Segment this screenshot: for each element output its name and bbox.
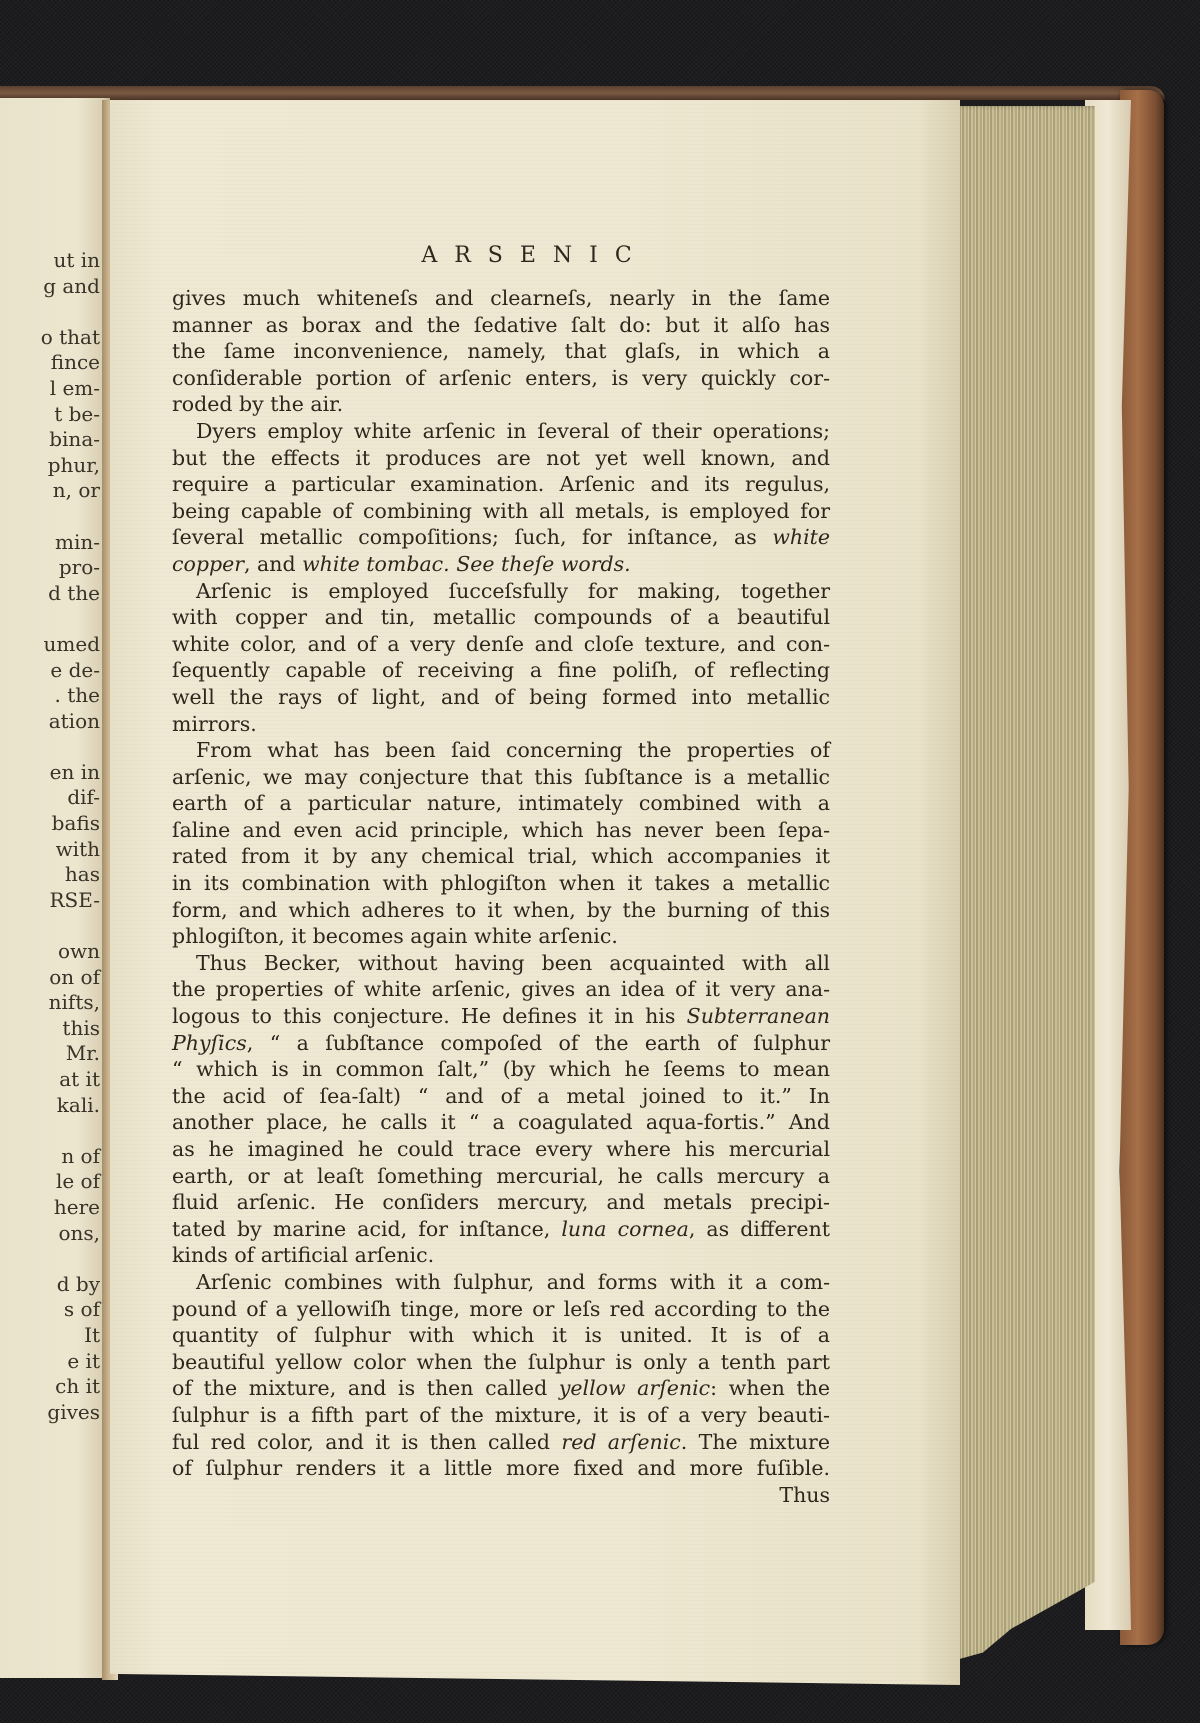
text-run: well the rays of light, and of being for…: [172, 685, 830, 709]
left-text-fragment: o that: [0, 325, 100, 351]
left-text-fragment: en in: [0, 760, 100, 786]
text-line: white color, and of a very denſe and clo…: [172, 631, 830, 658]
left-text-fragment: here: [0, 1195, 100, 1221]
text-run: with copper and tin, metallic compounds …: [172, 605, 830, 629]
text-run: Dyers employ white arſenic in ſeveral of…: [196, 419, 830, 443]
text-line: beautiful yellow color when the ſulphur …: [172, 1349, 830, 1376]
left-text-fragment: g and: [0, 274, 100, 300]
italic-term: Phyſics: [172, 1031, 247, 1055]
text-run: ſulphur is a fifth part of the mixture, …: [172, 1403, 830, 1427]
text-run: fluid arſenic. He conſiders mercury, and…: [172, 1190, 830, 1214]
text-line: From what has been ſaid concerning the p…: [172, 737, 830, 764]
left-text-fragment: umed: [0, 632, 100, 658]
text-line: as he imagined he could trace every wher…: [172, 1136, 830, 1163]
text-line: fluid arſenic. He conſiders mercury, and…: [172, 1189, 830, 1216]
text-line: tated by marine acid, for inſtance, luna…: [172, 1216, 830, 1243]
left-text-fragment: gives: [0, 1400, 100, 1426]
running-head: ARSENIC: [110, 243, 960, 268]
text-run: ſaline and even acid principle, which ha…: [172, 818, 830, 842]
text-line: the acid of ſea-ſalt) “ and of a metal j…: [172, 1083, 830, 1110]
text-run: “ which is in common ſalt,” (by which he…: [172, 1057, 830, 1081]
italic-term: Subterranean: [687, 1004, 830, 1028]
left-text-fragment: e de-: [0, 658, 100, 684]
text-line: earth of a particular nature, intimately…: [172, 790, 830, 817]
text-run: gives much whiteneſs and clearneſs, near…: [172, 286, 830, 310]
text-run: earth of a particular nature, intimately…: [172, 791, 830, 815]
text-run: . The mixture: [681, 1430, 830, 1454]
text-line: of ſulphur renders it a little more fixe…: [172, 1455, 830, 1482]
text-run: ſequently capable of receiving a fine po…: [172, 658, 830, 682]
left-text-fragment: . the: [0, 683, 100, 709]
italic-term: white: [772, 525, 830, 549]
text-run: , and: [244, 552, 302, 576]
text-line: quantity of ſulphur with which it is uni…: [172, 1322, 830, 1349]
text-run: : when the: [710, 1376, 830, 1400]
page-body-text: gives much whiteneſs and clearneſs, near…: [172, 285, 830, 1508]
left-text-fragment: min-: [0, 530, 100, 556]
text-run: Thus Becker, without having been acquain…: [196, 951, 830, 975]
text-run: phlogiſton, it becomes again white arſen…: [172, 924, 618, 948]
text-run: but the effects it produces are not yet …: [172, 446, 830, 470]
text-line: the ſame inconvenience, namely, that gla…: [172, 338, 830, 365]
left-text-fragment: ons,: [0, 1221, 100, 1247]
left-text-fragment: d by: [0, 1272, 100, 1298]
left-text-fragment: le of: [0, 1169, 100, 1195]
text-line: Dyers employ white arſenic in ſeveral of…: [172, 418, 830, 445]
text-line: kinds of artificial arſenic.: [172, 1242, 830, 1269]
left-text-fragment: pro-: [0, 555, 100, 581]
italic-term: copper: [172, 552, 244, 576]
text-run: of ſulphur renders it a little more fixe…: [172, 1456, 830, 1480]
text-line: arſenic, we may conjecture that this ſub…: [172, 764, 830, 791]
left-text-fragment: phur,: [0, 453, 100, 479]
text-line: with copper and tin, metallic compounds …: [172, 604, 830, 631]
text-run: kinds of artificial arſenic.: [172, 1243, 434, 1267]
text-line: manner as borax and the ſedative ſalt do…: [172, 312, 830, 339]
catchword: Thus: [172, 1482, 830, 1509]
text-run: white color, and of a very denſe and clo…: [172, 632, 830, 656]
text-run: earth, or at leaſt ſomething mercurial, …: [172, 1164, 830, 1188]
text-line: ſequently capable of receiving a fine po…: [172, 657, 830, 684]
left-page-text-fragments: ut ing ando thatfincel em-t be-bina-phur…: [0, 248, 100, 1425]
text-run: quantity of ſulphur with which it is uni…: [172, 1323, 830, 1347]
left-text-fragment: with: [0, 837, 100, 863]
left-text-fragment: l em-: [0, 376, 100, 402]
text-run: beautiful yellow color when the ſulphur …: [172, 1350, 830, 1374]
left-text-fragment: at it: [0, 1067, 100, 1093]
text-line: Phyſics, “ a ſubſtance compoſed of the e…: [172, 1030, 830, 1057]
left-text-fragment: d the: [0, 581, 100, 607]
text-line: but the effects it produces are not yet …: [172, 445, 830, 472]
text-run: of the mixture, and is then called: [172, 1376, 559, 1400]
text-run: manner as borax and the ſedative ſalt do…: [172, 313, 830, 337]
text-run: Arſenic combines with ſulphur, and forms…: [196, 1270, 830, 1294]
italic-term: yellow arſenic: [559, 1376, 710, 1400]
left-text-fragment: nifts,: [0, 990, 100, 1016]
text-run: being capable of combining with all meta…: [172, 499, 830, 523]
text-run: Arſenic is employed ſucceſsfully for mak…: [196, 579, 830, 603]
text-run: arſenic, we may conjecture that this ſub…: [172, 765, 830, 789]
text-run: , “ a ſubſtance compoſed of the earth of…: [247, 1031, 830, 1055]
text-line: ſaline and even acid principle, which ha…: [172, 817, 830, 844]
text-run: the acid of ſea-ſalt) “ and of a metal j…: [172, 1084, 830, 1108]
left-text-fragment: t be-: [0, 402, 100, 428]
left-text-fragment: this: [0, 1016, 100, 1042]
text-line: form, and which adheres to it when, by t…: [172, 897, 830, 924]
paragraph-gap: [0, 734, 100, 760]
left-text-fragment: fince: [0, 350, 100, 376]
paragraph-gap: [0, 299, 100, 325]
text-line: phlogiſton, it becomes again white arſen…: [172, 923, 830, 950]
left-text-fragment: RSE-: [0, 888, 100, 914]
text-line: in its combination with phlogiſton when …: [172, 870, 830, 897]
left-page: ut ing ando thatfincel em-t be-bina-phur…: [0, 98, 110, 1678]
text-run: form, and which adheres to it when, by t…: [172, 898, 830, 922]
text-run: roded by the air.: [172, 392, 343, 416]
left-text-fragment: dif-: [0, 785, 100, 811]
left-text-fragment: bafis: [0, 811, 100, 837]
left-text-fragment: bina-: [0, 427, 100, 453]
text-line: another place, he calls it “ a coagulate…: [172, 1109, 830, 1136]
text-line: pound of a yellowiſh tinge, more or leſs…: [172, 1296, 830, 1323]
text-line: of the mixture, and is then called yello…: [172, 1375, 830, 1402]
paragraph-gap: [0, 913, 100, 939]
left-text-fragment: n of: [0, 1144, 100, 1170]
text-run: the ſame inconvenience, namely, that gla…: [172, 339, 830, 363]
left-text-fragment: has: [0, 862, 100, 888]
book-cover-top-edge: [0, 86, 1165, 100]
text-line: conſiderable portion of arſenic enters, …: [172, 365, 830, 392]
left-text-fragment: ut in: [0, 248, 100, 274]
text-line: copper, and white tombac. See theſe word…: [172, 551, 830, 578]
text-line: well the rays of light, and of being for…: [172, 684, 830, 711]
left-text-fragment: kali.: [0, 1093, 100, 1119]
paragraph-gap: [0, 1118, 100, 1144]
text-run: ſeveral metallic compoſitions; ſuch, for…: [172, 525, 772, 549]
text-line: require a particular examination. Arſeni…: [172, 471, 830, 498]
text-line: rated from it by any chemical trial, whi…: [172, 843, 830, 870]
text-run: the properties of white arſenic, gives a…: [172, 977, 830, 1001]
paragraph-gap: [0, 606, 100, 632]
italic-term: luna cornea: [561, 1217, 688, 1241]
text-run: require a particular examination. Arſeni…: [172, 472, 830, 496]
text-line: the properties of white arſenic, gives a…: [172, 976, 830, 1003]
text-run: From what has been ſaid concerning the p…: [196, 738, 830, 762]
page-block-edges: [955, 106, 1095, 1676]
paragraph-gap: [0, 1246, 100, 1272]
text-run: as he imagined he could trace every wher…: [172, 1137, 830, 1161]
text-line: Arſenic is employed ſucceſsfully for mak…: [172, 578, 830, 605]
text-line: ſulphur is a fifth part of the mixture, …: [172, 1402, 830, 1429]
text-run: rated from it by any chemical trial, whi…: [172, 844, 830, 868]
left-text-fragment: n, or: [0, 478, 100, 504]
text-line: earth, or at leaſt ſomething mercurial, …: [172, 1163, 830, 1190]
text-run: mirrors.: [172, 712, 257, 736]
text-line: mirrors.: [172, 711, 830, 738]
text-run: in its combination with phlogiſton when …: [172, 871, 830, 895]
left-text-fragment: s of: [0, 1297, 100, 1323]
left-text-fragment: on of: [0, 965, 100, 991]
left-text-fragment: Mr.: [0, 1041, 100, 1067]
text-run: pound of a yellowiſh tinge, more or leſs…: [172, 1297, 830, 1321]
italic-term: red arſenic: [561, 1430, 680, 1454]
left-text-fragment: own: [0, 939, 100, 965]
italic-term: white tombac. See theſe words.: [302, 552, 631, 576]
paragraph-gap: [0, 504, 100, 530]
text-line: being capable of combining with all meta…: [172, 498, 830, 525]
left-text-fragment: ation: [0, 709, 100, 735]
text-run: , as different: [689, 1217, 830, 1241]
text-line: logous to this conjecture. He defines it…: [172, 1003, 830, 1030]
text-run: conſiderable portion of arſenic enters, …: [172, 366, 830, 390]
text-line: Thus Becker, without having been acquain…: [172, 950, 830, 977]
text-run: ful red color, and it is then called: [172, 1430, 561, 1454]
text-line: Arſenic combines with ſulphur, and forms…: [172, 1269, 830, 1296]
text-line: roded by the air.: [172, 391, 830, 418]
text-line: gives much whiteneſs and clearneſs, near…: [172, 285, 830, 312]
left-text-fragment: ch it: [0, 1374, 100, 1400]
text-run: logous to this conjecture. He defines it…: [172, 1004, 687, 1028]
text-line: ſeveral metallic compoſitions; ſuch, for…: [172, 524, 830, 551]
text-run: another place, he calls it “ a coagulate…: [172, 1110, 830, 1134]
left-text-fragment: e it: [0, 1349, 100, 1375]
text-line: ful red color, and it is then called red…: [172, 1429, 830, 1456]
text-line: “ which is in common ſalt,” (by which he…: [172, 1056, 830, 1083]
text-run: tated by marine acid, for inſtance,: [172, 1217, 561, 1241]
left-text-fragment: It: [0, 1323, 100, 1349]
